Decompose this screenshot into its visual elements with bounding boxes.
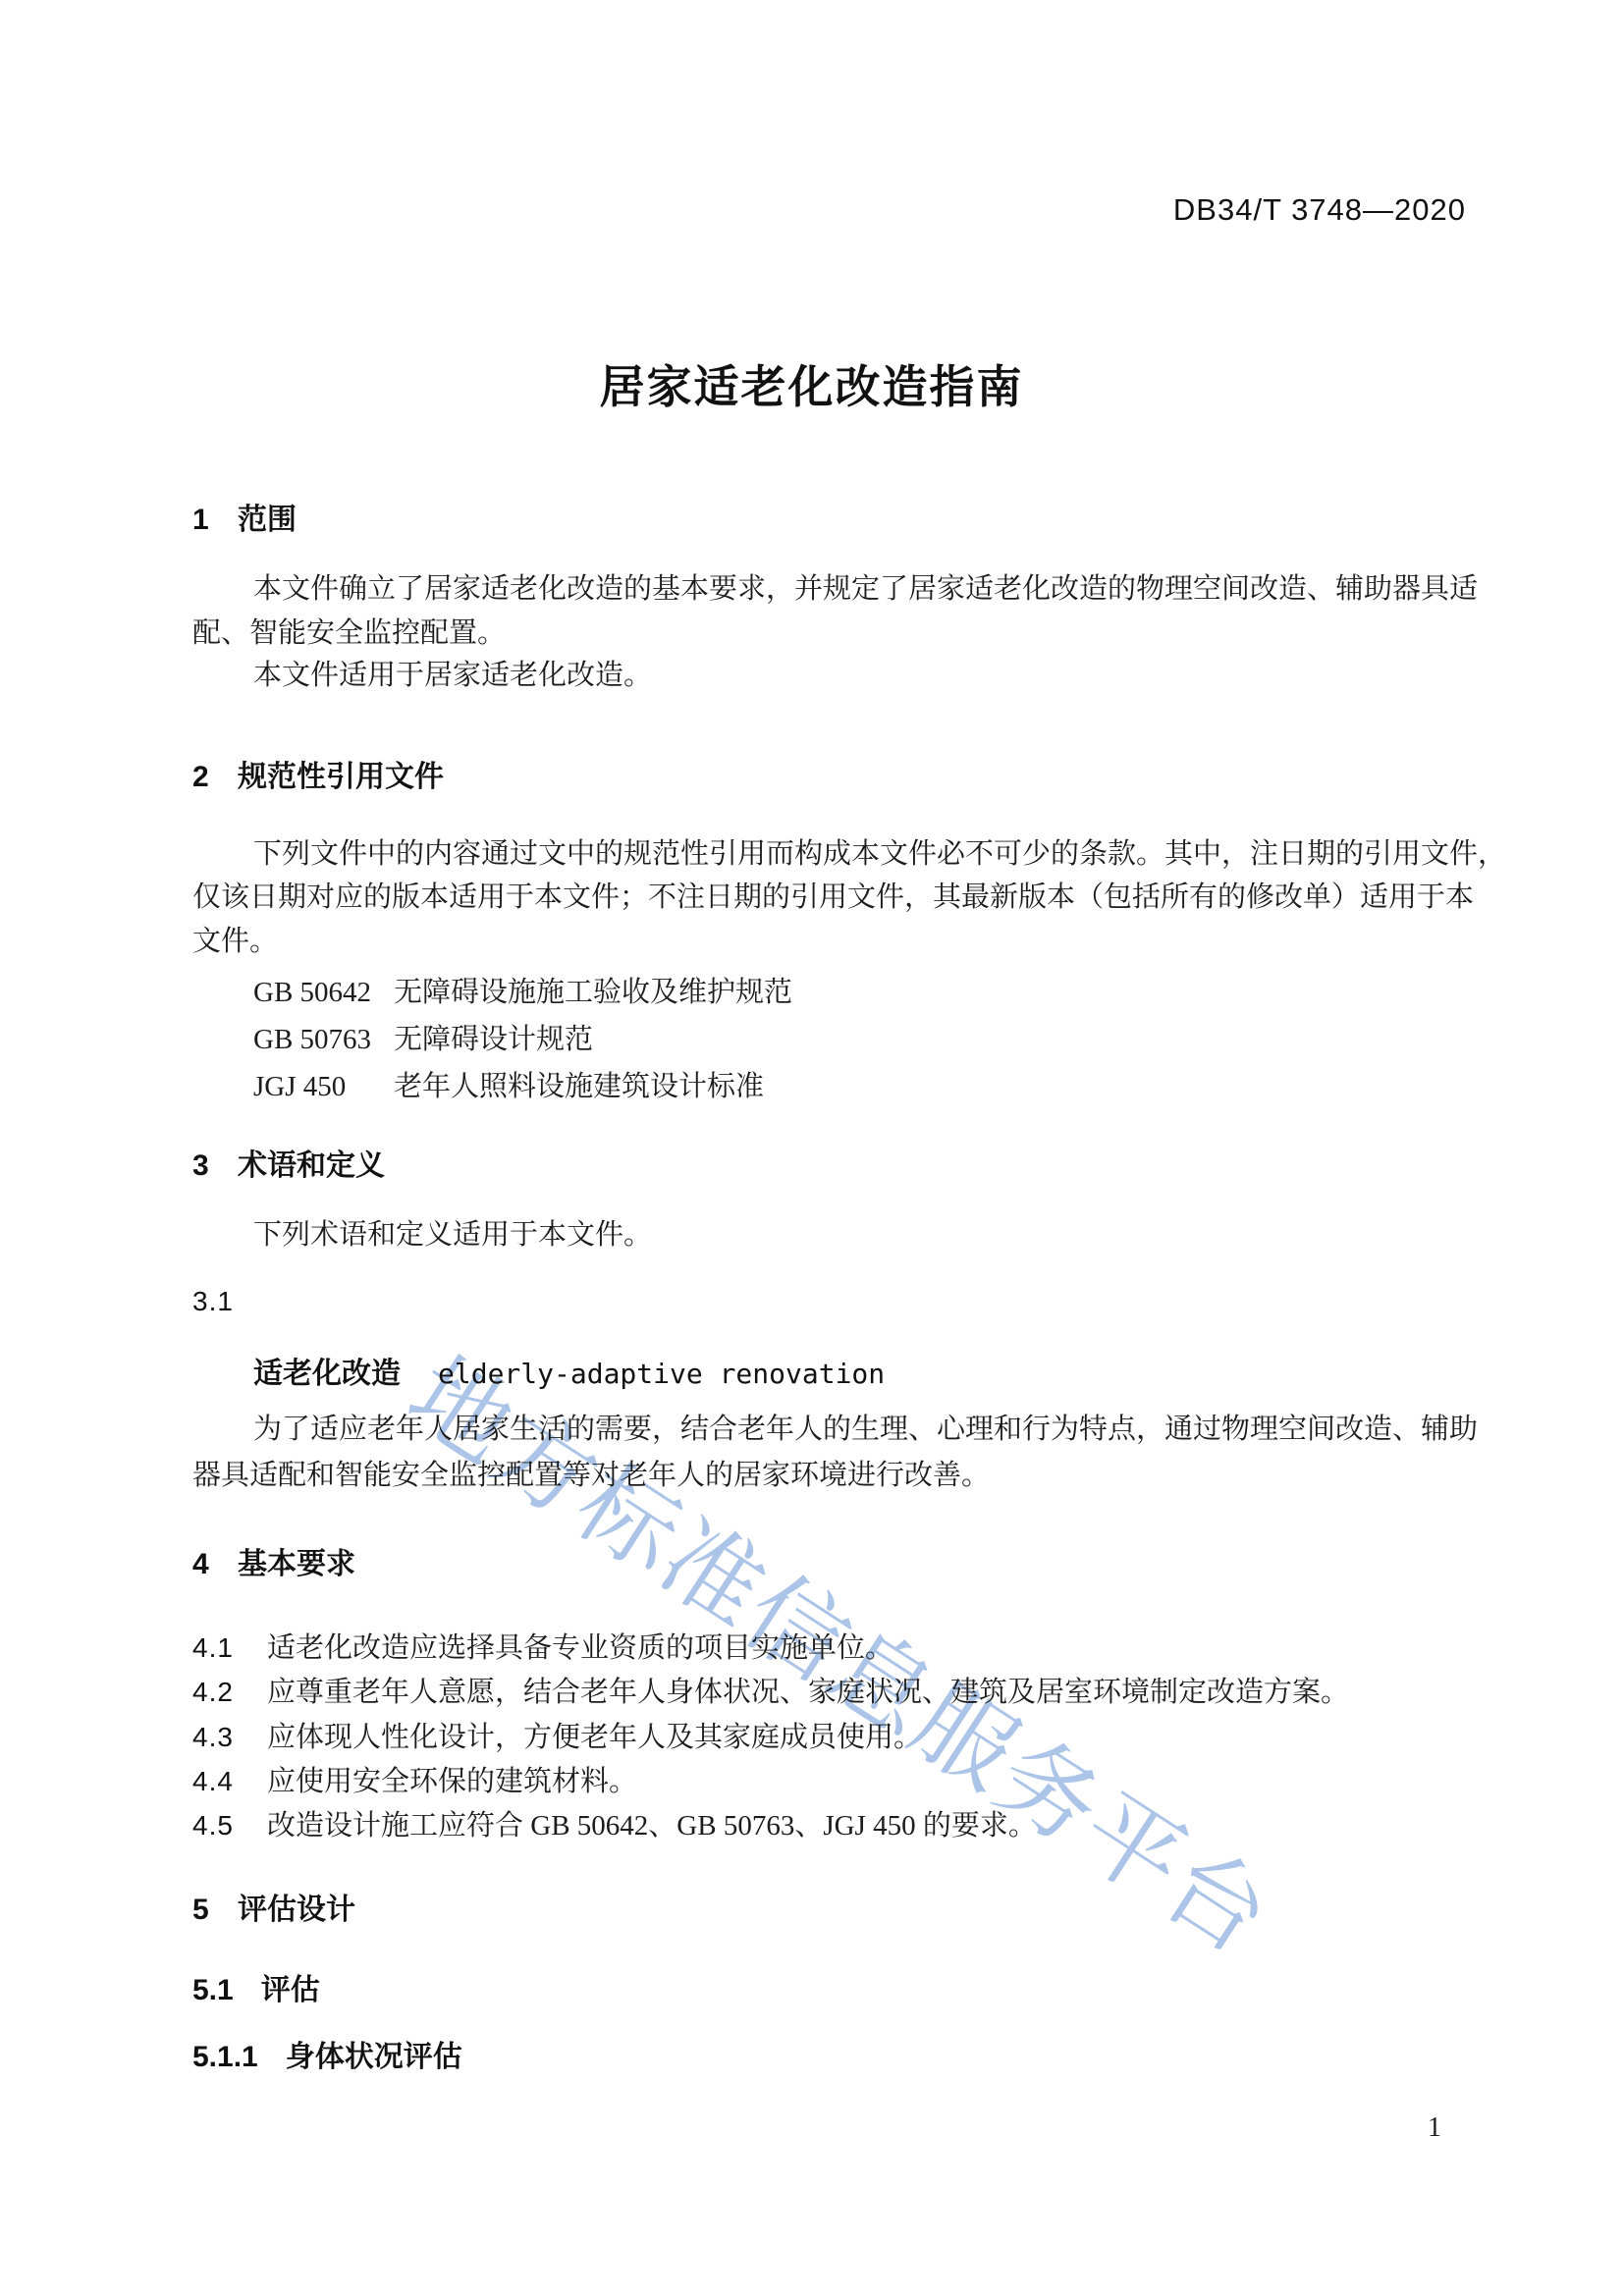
section-5-title: 评估设计 [238,1894,355,1926]
section-2-heading: 2规范性引用文件 [192,752,444,795]
section-1-number: 1 [192,504,238,537]
section-4-heading: 4基本要求 [192,1539,355,1582]
section-5-1-1-heading: 5.1.1身体状况评估 [192,2032,462,2075]
clause-item-number: 4.5 [192,1810,267,1842]
clause-item-text: 应尊重老年人意愿，结合老年人身体状况、家庭状况、建筑及居室环境制定改造方案。 [267,1677,1349,1708]
reference-name: 无障碍设计规范 [394,1024,593,1055]
clause-item-number: 4.1 [192,1632,267,1664]
clause-item-number: 4.4 [192,1766,267,1797]
reference-code: GB 50763 [253,1024,394,1056]
section-1-heading: 1范围 [192,495,297,538]
section-5-1-number: 5.1 [192,1974,234,2007]
section-5-1-title: 评估 [261,1974,320,2006]
reference-row: GB 50642无障碍设施施工验收及维护规范 [253,970,792,1010]
section-5-1-1-title: 身体状况评估 [286,2041,462,2073]
clause-item: 4.3应体现人性化设计，方便老年人及其家庭成员使用。 [192,1715,922,1755]
clause-item: 4.1适老化改造应选择具备专业资质的项目实施单位。 [192,1626,893,1666]
paragraph-line: 下列术语和定义适用于本文件。 [253,1219,652,1252]
reference-name: 老年人照料设施建筑设计标准 [394,1071,764,1102]
paragraph-line: 本文件适用于居家适老化改造。 [253,660,652,692]
section-4-number: 4 [192,1548,238,1581]
clause-number: 3.1 [192,1286,234,1317]
term-chinese: 适老化改造 [253,1358,401,1390]
section-5-1-1-number: 5.1.1 [192,2041,258,2074]
reference-code: JGJ 450 [253,1071,394,1103]
paragraph-line: 器具适配和智能安全监控配置等对老年人的居家环境进行改善。 [192,1460,990,1492]
clause-item: 4.5改造设计施工应符合 GB 50642、GB 50763、JGJ 450 的… [192,1803,1037,1843]
reference-name: 无障碍设施施工验收及维护规范 [394,977,792,1008]
page-number: 1 [1428,2112,1441,2144]
document-title: 居家适老化改造指南 [0,351,1623,416]
clause-item-text: 改造设计施工应符合 GB 50642、GB 50763、JGJ 450 的要求。 [267,1810,1037,1842]
paragraph-line: 本文件确立了居家适老化改造的基本要求，并规定了居家适老化改造的物理空间改造、辅助… [253,573,1478,606]
paragraph-line: 文件。 [192,926,278,958]
reference-code: GB 50642 [253,977,394,1009]
paragraph-line: 仅该日期对应的版本适用于本文件；不注日期的引用文件，其最新版本（包括所有的修改单… [192,881,1474,914]
section-2-title: 规范性引用文件 [238,761,444,793]
standard-code: DB34/T 3748—2020 [1173,192,1466,228]
clause-item: 4.4应使用安全环保的建筑材料。 [192,1759,637,1799]
reference-row: GB 50763无障碍设计规范 [253,1017,593,1057]
section-1-title: 范围 [238,504,297,536]
paragraph-line: 配、智能安全监控配置。 [192,617,506,650]
section-3-title: 术语和定义 [238,1149,385,1182]
paragraph-line: 为了适应老年人居家生活的需要，结合老年人的生理、心理和行为特点，通过物理空间改造… [253,1414,1478,1446]
section-5-1-heading: 5.1评估 [192,1965,320,2008]
clause-item-text: 应使用安全环保的建筑材料。 [267,1766,637,1797]
term-english: elderly-adaptive renovation [438,1358,885,1390]
paragraph-line: 下列文件中的内容通过文中的规范性引用而构成本文件必不可少的条款。其中，注日期的引… [253,838,1506,871]
section-4-title: 基本要求 [238,1548,355,1580]
term-entry: 适老化改造elderly-adaptive renovation [253,1349,885,1392]
document-page: 地方标准信息服务平台 DB34/T 3748—2020 居家适老化改造指南 1范… [0,0,1623,2296]
clause-item-text: 应体现人性化设计，方便老年人及其家庭成员使用。 [267,1722,922,1753]
section-2-number: 2 [192,761,238,794]
section-3-heading: 3术语和定义 [192,1141,385,1184]
clause-item-number: 4.2 [192,1677,267,1708]
reference-row: JGJ 450老年人照料设施建筑设计标准 [253,1064,764,1104]
clause-item-text: 适老化改造应选择具备专业资质的项目实施单位。 [267,1632,893,1664]
section-5-heading: 5评估设计 [192,1885,355,1928]
clause-item: 4.2应尊重老年人意愿，结合老年人身体状况、家庭状况、建筑及居室环境制定改造方案… [192,1670,1349,1710]
section-3-number: 3 [192,1149,238,1183]
clause-item-number: 4.3 [192,1722,267,1753]
section-5-number: 5 [192,1894,238,1927]
